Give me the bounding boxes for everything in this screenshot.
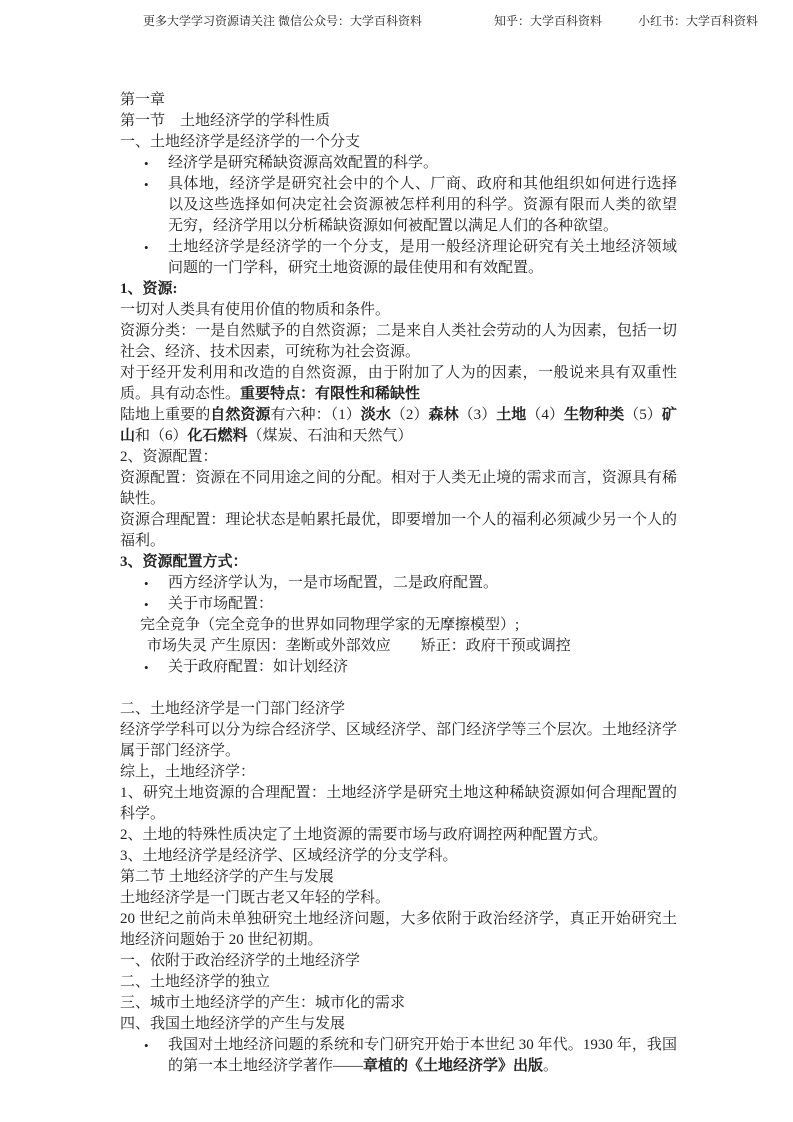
text-run: 化石燃料 bbox=[188, 428, 248, 444]
text-run: 资源合理配置：理论状态是帕累托最优，即要增加一个人的福利必须减少另一个人的福利。 bbox=[120, 512, 677, 549]
paragraph: 一切对人类具有使用价值的物质和条件。 bbox=[120, 300, 677, 321]
text-run: 第二节 土地经济学的产生与发展 bbox=[120, 869, 334, 885]
text-run: 经济学学科可以分为综合经济学、区域经济学、部门经济学等三个层次。土地经济学属于部… bbox=[120, 722, 677, 759]
bullet-item: •关于政府配置：如计划经济 bbox=[120, 657, 677, 678]
text-run: 20 世纪之前尚未单独研究土地经济问题，大多依附于政治经济学，真正开始研究土地经… bbox=[120, 911, 677, 948]
text-run: 关于政府配置：如计划经济 bbox=[168, 659, 348, 675]
bullet-item: •关于市场配置： bbox=[120, 594, 677, 615]
paragraph: 1、研究土地资源的合理配置：土地经济学是研究土地这种稀缺资源如何合理配置的科学。 bbox=[120, 783, 677, 825]
bullet-item: •西方经济学认为，一是市场配置，二是政府配置。 bbox=[120, 573, 677, 594]
text-run: （3） bbox=[459, 407, 497, 423]
bullet-item: •土地经济学是经济学的一个分支，是用一般经济理论研究有关土地经济领域问题的一门学… bbox=[120, 237, 677, 279]
paragraph bbox=[120, 678, 677, 699]
paragraph: 二、土地经济学的独立 bbox=[120, 972, 677, 993]
text-run: 西方经济学认为，一是市场配置，二是政府配置。 bbox=[168, 575, 498, 591]
text-run: 土地经济学是一门既古老又年轻的学科。 bbox=[120, 890, 390, 906]
text-run: 章植的《土地经济学》出版 bbox=[363, 1058, 543, 1074]
paragraph: 3、资源配置方式： bbox=[120, 552, 677, 573]
text-run: 森林 bbox=[429, 407, 459, 423]
text-run: 第一章 bbox=[120, 92, 165, 108]
text-run: 。 bbox=[543, 1058, 558, 1074]
text-run: 经济学是研究稀缺资源高效配置的科学。 bbox=[168, 155, 438, 171]
text-run: 淡水 bbox=[361, 407, 391, 423]
text-run: 1、资源: bbox=[120, 281, 178, 297]
bullet-icon: • bbox=[144, 237, 149, 258]
page-header: 更多大学学习资源请关注 微信公众号：大学百科资料知乎：大学百科资料小红书：大学百… bbox=[143, 14, 753, 28]
text-run: 和（6） bbox=[135, 428, 188, 444]
text-run: 自然资源 bbox=[210, 407, 270, 423]
bullet-icon: • bbox=[144, 594, 149, 615]
text-run: 重要特点：有限性和稀缺性 bbox=[240, 386, 420, 402]
text-run: 一切对人类具有使用价值的物质和条件。 bbox=[120, 302, 390, 318]
text-run: （4） bbox=[526, 407, 564, 423]
text-run: 第一节 土地经济学的学科性质 bbox=[120, 113, 330, 129]
paragraph: 1、资源: bbox=[120, 279, 677, 300]
text-run: 3、资源配置方式： bbox=[120, 554, 248, 570]
header-xiaohongshu-note: 小红书：大学百科资料 bbox=[638, 14, 758, 28]
paragraph: 资源分类：一是自然赋予的自然资源；二是来自人类社会劳动的人为因素，包括一切社会、… bbox=[120, 321, 677, 363]
header-wechat-note: 更多大学学习资源请关注 微信公众号：大学百科资料 bbox=[143, 14, 422, 28]
text-run: 完全竞争（完全竞争的世界如同物理学家的无摩擦模型）; bbox=[140, 617, 519, 633]
text-run: 一、土地经济学是经济学的一个分支 bbox=[120, 134, 360, 150]
paragraph: 市场失灵 产生原因：垄断或外部效应 矫正：政府干预或调控 bbox=[120, 636, 677, 657]
bullet-icon: • bbox=[144, 573, 149, 594]
paragraph: 一、依附于政治经济学的土地经济学 bbox=[120, 951, 677, 972]
text-run: （5） bbox=[624, 407, 662, 423]
text-run: 陆地上重要的 bbox=[120, 407, 210, 423]
paragraph: 四、我国土地经济学的产生与发展 bbox=[120, 1014, 677, 1035]
bullet-icon: • bbox=[144, 1035, 149, 1056]
bullet-icon: • bbox=[144, 657, 149, 678]
paragraph: 三、城市土地经济学的产生：城市化的需求 bbox=[120, 993, 677, 1014]
bullet-item: •我国对土地经济问题的系统和专门研究开始于本世纪 30 年代。1930 年，我国… bbox=[120, 1035, 677, 1077]
text-run: （煤炭、石油和天然气） bbox=[248, 428, 413, 444]
paragraph: 第二节 土地经济学的产生与发展 bbox=[120, 867, 677, 888]
text-run: 综上，土地经济学： bbox=[120, 764, 255, 780]
paragraph: 完全竞争（完全竞争的世界如同物理学家的无摩擦模型）; bbox=[120, 615, 677, 636]
text-run: 3、土地经济学是经济学、区域经济学的分支学科。 bbox=[120, 848, 458, 864]
paragraph: 经济学学科可以分为综合经济学、区域经济学、部门经济学等三个层次。土地经济学属于部… bbox=[120, 720, 677, 762]
text-run: 具体地，经济学是研究社会中的个人、厂商、政府和其他组织如何进行选择以及这些选择如… bbox=[168, 176, 677, 234]
text-run: 一、依附于政治经济学的土地经济学 bbox=[120, 953, 360, 969]
document-body: 第一章第一节 土地经济学的学科性质一、土地经济学是经济学的一个分支•经济学是研究… bbox=[120, 90, 677, 1077]
bullet-icon: • bbox=[144, 153, 149, 174]
paragraph: 综上，土地经济学： bbox=[120, 762, 677, 783]
paragraph: 第一章 bbox=[120, 90, 677, 111]
text-run: 有六种：（1） bbox=[270, 407, 360, 423]
paragraph: 对于经开发利用和改造的自然资源，由于附加了人为的因素，一般说来具有双重性质。具有… bbox=[120, 363, 677, 405]
text-run: 关于市场配置： bbox=[168, 596, 273, 612]
paragraph: 3、土地经济学是经济学、区域经济学的分支学科。 bbox=[120, 846, 677, 867]
bullet-item: •经济学是研究稀缺资源高效配置的科学。 bbox=[120, 153, 677, 174]
header-zhihu-note: 知乎：大学百科资料 bbox=[494, 14, 602, 28]
text-run: （2） bbox=[391, 407, 429, 423]
paragraph: 二、土地经济学是一门部门经济学 bbox=[120, 699, 677, 720]
paragraph: 资源合理配置：理论状态是帕累托最优，即要增加一个人的福利必须减少另一个人的福利。 bbox=[120, 510, 677, 552]
text-run: 1、研究土地资源的合理配置：土地经济学是研究土地这种稀缺资源如何合理配置的科学。 bbox=[120, 785, 677, 822]
bullet-item: •具体地，经济学是研究社会中的个人、厂商、政府和其他组织如何进行选择以及这些选择… bbox=[120, 174, 677, 237]
paragraph: 20 世纪之前尚未单独研究土地经济问题，大多依附于政治经济学，真正开始研究土地经… bbox=[120, 909, 677, 951]
paragraph: 2、资源配置： bbox=[120, 447, 677, 468]
text-run: 土地经济学是经济学的一个分支，是用一般经济理论研究有关土地经济领域问题的一门学科… bbox=[168, 239, 677, 276]
text-run: 2、土地的特殊性质决定了土地资源的需要市场与政府调控两种配置方式。 bbox=[120, 827, 608, 843]
text-run: 三、城市土地经济学的产生：城市化的需求 bbox=[120, 995, 405, 1011]
text-run: 资源配置：资源在不同用途之间的分配。相对于人类无止境的需求而言，资源具有稀缺性。 bbox=[120, 470, 677, 507]
text-run: 土地 bbox=[496, 407, 526, 423]
paragraph: 土地经济学是一门既古老又年轻的学科。 bbox=[120, 888, 677, 909]
paragraph: 2、土地的特殊性质决定了土地资源的需要市场与政府调控两种配置方式。 bbox=[120, 825, 677, 846]
text-run: 四、我国土地经济学的产生与发展 bbox=[120, 1016, 345, 1032]
paragraph: 资源配置：资源在不同用途之间的分配。相对于人类无止境的需求而言，资源具有稀缺性。 bbox=[120, 468, 677, 510]
page: { "colors": { "text": "#212121", "backgr… bbox=[0, 0, 793, 1122]
paragraph: 第一节 土地经济学的学科性质 bbox=[120, 111, 677, 132]
text-run: 市场失灵 产生原因：垄断或外部效应 矫正：政府干预或调控 bbox=[147, 638, 571, 654]
text-run: 二、土地经济学的独立 bbox=[120, 974, 270, 990]
text-run: 资源分类：一是自然赋予的自然资源；二是来自人类社会劳动的人为因素，包括一切社会、… bbox=[120, 323, 677, 360]
paragraph: 一、土地经济学是经济学的一个分支 bbox=[120, 132, 677, 153]
bullet-icon: • bbox=[144, 174, 149, 195]
text-run: 生物种类 bbox=[564, 407, 624, 423]
text-run: 2、资源配置： bbox=[120, 449, 218, 465]
text-run: 二、土地经济学是一门部门经济学 bbox=[120, 701, 345, 717]
paragraph: 陆地上重要的自然资源有六种：（1）淡水（2）森林（3）土地（4）生物种类（5）矿… bbox=[120, 405, 677, 447]
